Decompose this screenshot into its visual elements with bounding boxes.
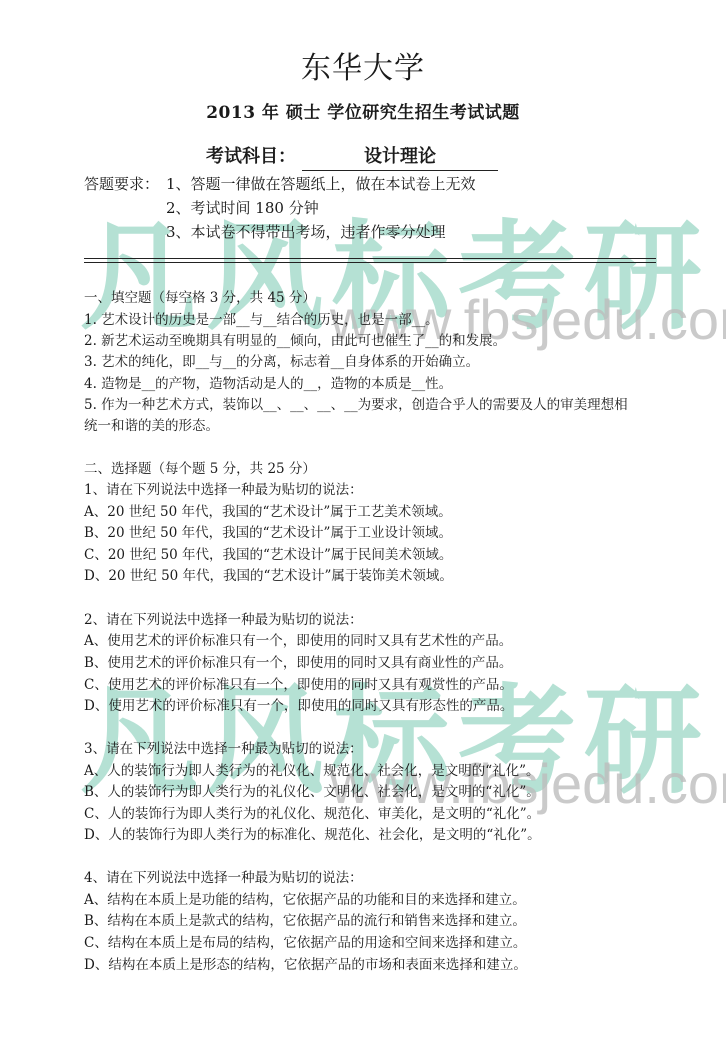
subject-label: 考试科目： (206, 146, 296, 167)
fill-blank-question: 4. 造物是__的产物，造物活动是人的__，造物的本质是__性。 (84, 374, 452, 394)
section-heading: 一、填空题（每空格 3 分，共 45 分） (84, 288, 316, 308)
section-heading: 二、选择题（每个题 5 分，共 25 分） (84, 459, 316, 479)
fill-blank-question: 2. 新艺术运动至晚期具有明显的__倾向，由此可也催生了__的和发展。 (84, 331, 506, 351)
requirements-label: 答题要求： (84, 174, 159, 195)
choice-option: D、结构在本质上是形态的结构，它依据产品的市场和表面来选择和建立。 (84, 955, 527, 975)
choice-option: C、使用艺术的评价标准只有一个，即使用的同时又具有观赏性的产品。 (84, 675, 513, 695)
exam-subject: 考试科目：设计理论 (206, 144, 498, 171)
choice-option: A、结构在本质上是功能的结构，它依据产品的功能和目的来选择和建立。 (84, 890, 526, 910)
choice-option: B、结构在本质上是款式的结构，它依据产品的流行和销售来选择和建立。 (84, 911, 526, 931)
choice-option: D、20 世纪 50 年代，我国的“艺术设计”属于装饰美术领域。 (84, 566, 453, 586)
choice-option: B、人的装饰行为即人类行为的礼仪化、文明化、社会化，是文明的“礼化”。 (84, 782, 540, 802)
divider-rule (84, 262, 656, 263)
fill-blank-question: 5. 作为一种艺术方式，装饰以__、__、__、__为要求，创造合乎人的需要及人… (84, 395, 628, 415)
choice-question-stem: 2、请在下列说法中选择一种最为贴切的说法： (84, 610, 363, 630)
requirement-item: 3、本试卷不得带出考场，违者作零分处理 (166, 222, 446, 243)
choice-option: B、使用艺术的评价标准只有一个，即使用的同时又具有商业性的产品。 (84, 653, 512, 673)
requirement-item: 1、答题一律做在答题纸上，做在本试卷上无效 (166, 174, 476, 195)
choice-question-stem: 4、请在下列说法中选择一种最为贴切的说法： (84, 868, 363, 888)
choice-option: D、使用艺术的评价标准只有一个，即使用的同时又具有形态性的产品。 (84, 696, 513, 716)
choice-option: D、人的装饰行为即人类行为的标准化、规范化、社会化，是文明的“礼化”。 (84, 825, 541, 845)
choice-question-stem: 3、请在下列说法中选择一种最为贴切的说法： (84, 739, 363, 759)
university-title: 东华大学 (0, 50, 726, 88)
choice-option: A、20 世纪 50 年代，我国的“艺术设计”属于工艺美术领域。 (84, 502, 452, 522)
choice-option: B、20 世纪 50 年代，我国的“艺术设计”属于工业设计领域。 (84, 523, 452, 543)
fill-blank-question: 1. 艺术设计的历史是一部__与__结合的历史，也是一部__。 (84, 310, 439, 330)
choice-option: A、使用艺术的评价标准只有一个，即使用的同时又具有艺术性的产品。 (84, 631, 512, 651)
exam-page: 凡风标考研 www.fbsjedu.com 凡风标考研 www.fbsjedu.… (0, 0, 726, 1042)
choice-question-stem: 1、请在下列说法中选择一种最为贴切的说法： (84, 480, 363, 500)
choice-option: C、20 世纪 50 年代，我国的“艺术设计”属于民间美术领域。 (84, 545, 452, 565)
fill-blank-question: 3. 艺术的纯化，即__与__的分离，标志着__自身体系的开始确立。 (84, 352, 479, 372)
fill-blank-question-cont: 统一和谐的美的形态。 (84, 416, 219, 436)
divider-rule (84, 258, 656, 259)
requirement-item: 2、考试时间 180 分钟 (166, 198, 319, 219)
subject-value: 设计理论 (302, 144, 498, 171)
exam-title: 2013 年 硕士 学位研究生招生考试试题 (0, 101, 726, 125)
choice-option: C、结构在本质上是布局的结构，它依据产品的用途和空间来选择和建立。 (84, 933, 526, 953)
choice-option: A、人的装饰行为即人类行为的礼仪化、规范化、社会化，是文明的“礼化”。 (84, 761, 540, 781)
choice-option: C、人的装饰行为即人类行为的礼仪化、规范化、审美化，是文明的“礼化”。 (84, 804, 540, 824)
